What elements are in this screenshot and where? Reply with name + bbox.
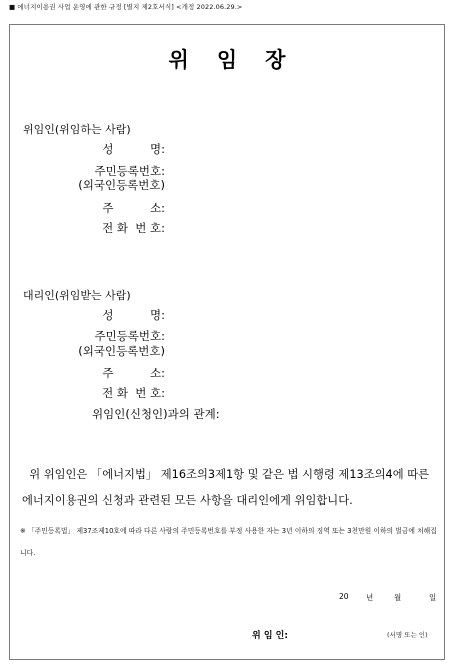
title-char: 위 xyxy=(169,44,189,74)
date-year-prefix[interactable]: 20 xyxy=(339,592,349,601)
title-char: 임 xyxy=(217,44,237,74)
principal-heading: 위임인(위임하는 사람) xyxy=(23,121,131,137)
page-title: 위임장 xyxy=(0,44,454,74)
title-char: 장 xyxy=(265,44,285,74)
agent-name-label[interactable]: 성 명: xyxy=(102,307,165,323)
delegation-statement: 위 위임인은 「에너지법」 제16조의3제1항 및 같은 법 시행령 제13조의… xyxy=(22,462,442,514)
agent-relation-label[interactable]: 위임인(신청인)과의 관계: xyxy=(92,406,220,422)
legal-notice: ※ 「주민등록법」 제37조제10호에 따라 다른 사람의 주민등록번호를 부정… xyxy=(20,520,440,564)
date-year-label: 년 xyxy=(366,592,373,603)
principal-phone-label[interactable]: 전 화 번 호: xyxy=(102,220,165,236)
agent-heading: 대리인(위임받는 사람) xyxy=(23,287,131,303)
signature-label[interactable]: 위 임 인: xyxy=(252,628,288,641)
form-header: ■ 에너지이용권 사업 운영에 관한 규정 [별지 제2호서식] <개정 202… xyxy=(9,2,242,11)
principal-frn-label: (외국인등록번호) xyxy=(78,177,165,193)
form-frame xyxy=(9,24,445,660)
agent-phone-label[interactable]: 전 화 번 호: xyxy=(102,385,165,401)
principal-address-label[interactable]: 주 소: xyxy=(102,200,165,216)
principal-name-label[interactable]: 성 명: xyxy=(102,141,165,157)
signature-hint: (서명 또는 인) xyxy=(387,630,428,639)
date-month-label: 월 xyxy=(394,592,401,603)
statement-text: 위 위임인은 「에너지법」 제16조의3제1항 및 같은 법 시행령 제13조의… xyxy=(22,468,429,507)
date-day-label: 일 xyxy=(429,592,436,603)
notice-text: ※ 「주민등록법」 제37조제10호에 따라 다른 사람의 주민등록번호를 부정… xyxy=(20,527,437,557)
agent-rrn-label[interactable]: 주민등록번호: xyxy=(94,328,165,344)
agent-frn-label: (외국인등록번호) xyxy=(78,343,165,359)
agent-address-label[interactable]: 주 소: xyxy=(102,365,165,381)
